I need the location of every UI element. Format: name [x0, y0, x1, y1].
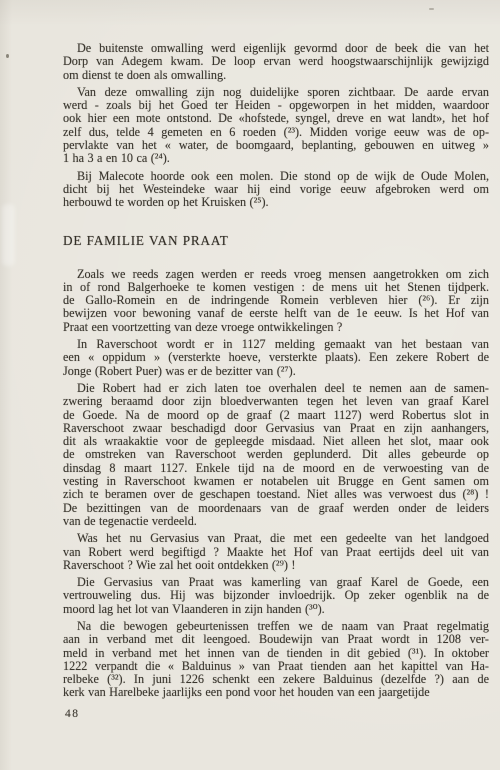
- scan-light-patch: [2, 204, 15, 266]
- text-line: relbeke (³²). In juni 1226 schenkt een z…: [63, 673, 489, 686]
- paragraph: Die Gervasius van Praat was kamerling va…: [63, 576, 489, 616]
- text-line: zich te beramen over de geschapen toesta…: [63, 488, 489, 501]
- text-line: kerk van Harelbeke jaarlijks een pond vo…: [63, 686, 489, 699]
- text-line: De bezittingen van de moordenaars van de…: [63, 502, 489, 515]
- text-line: dicht bij het Westeindeke waar hij eind …: [63, 183, 489, 196]
- text-line: herbouwd te worden op het Kruisken (²⁵).: [63, 196, 489, 209]
- text-line: Raverschoot ? Wie zal het ooit ontdekken…: [63, 559, 489, 572]
- paragraph: Bij Malecote hoorde ook een molen. Die s…: [63, 170, 489, 210]
- page-number: 48: [65, 708, 80, 720]
- text-line: Van deze omwalling zijn nog duidelijke s…: [63, 86, 489, 99]
- scan-speck: [429, 8, 434, 10]
- text-line: dinsdag 8 maart 1127. Enkele tijd na de …: [63, 462, 489, 475]
- paragraph: Na die bewogen gebeurtenissen treffen we…: [63, 620, 489, 700]
- text-line: vertrouweling dus. Hij was bijzonder inv…: [63, 589, 489, 602]
- text-line: de Gallo-Romein en de indringende Romein…: [63, 294, 489, 307]
- paragraph: Zoals we reeds zagen werden er reeds vro…: [63, 268, 489, 334]
- book-page-scan: De buitenste omwalling werd eigenlijk ge…: [0, 0, 500, 770]
- text-line: vesting in Raverschoot kwamen er notabel…: [63, 475, 489, 488]
- text-line: pervlakte van het « water, de boomgaard,…: [63, 139, 489, 152]
- text-line: aan in verband met dit leengoed. Boudewi…: [63, 633, 489, 646]
- text-line: Bij Malecote hoorde ook een molen. Die s…: [63, 170, 489, 183]
- text-line: Die Gervasius van Praat was kamerling va…: [63, 576, 489, 589]
- text-line: Die Robert had er zich laten toe overhal…: [63, 382, 489, 395]
- text-line: Praat een voortzetting van deze vroege o…: [63, 321, 489, 334]
- text-line: een « oppidum » (versterkte hoeve, verst…: [63, 351, 489, 364]
- text-line: moord lag het lot van Vlaanderen in zijn…: [63, 603, 489, 616]
- text-line: werd - zoals bij het Goed ter Heiden - o…: [63, 99, 489, 112]
- text-line: in of rond Balgerhoeke te komen vestigen…: [63, 281, 489, 294]
- text-line: Was het nu Gervasius van Praat, die met …: [63, 532, 489, 545]
- text-line: dit als wraakaktie voor de gepleegde mis…: [63, 435, 489, 448]
- text-line: In Raverschoot wordt er in 1127 melding …: [63, 338, 489, 351]
- section-heading: DE FAMILIE VAN PRAAT: [63, 234, 489, 248]
- text-line: zwering beraamd door zijn bloedverwanten…: [63, 395, 489, 408]
- text-line: de omstreken van Raverschoot werden gepl…: [63, 448, 489, 461]
- paragraph: In Raverschoot wordt er in 1127 melding …: [63, 338, 489, 378]
- section-omwalling-paragraphs: De buitenste omwalling werd eigenlijk ge…: [63, 42, 489, 210]
- text-line: Zoals we reeds zagen werden er reeds vro…: [63, 268, 489, 281]
- page-text-block: De buitenste omwalling werd eigenlijk ge…: [63, 42, 489, 700]
- section-familie-van-praat-paragraphs: Zoals we reeds zagen werden er reeds vro…: [63, 268, 489, 700]
- text-line: van de tegenactie verdeeld.: [63, 515, 489, 528]
- text-line: 1222 verpandt die « Balduinus » van Praa…: [63, 660, 489, 673]
- paragraph: De buitenste omwalling werd eigenlijk ge…: [63, 42, 489, 82]
- paragraph: Was het nu Gervasius van Praat, die met …: [63, 532, 489, 572]
- text-line: ook hier een mote ontstond. De «hofstede…: [63, 112, 489, 125]
- text-line: de Goede. Na de moord op de graaf (2 maa…: [63, 409, 489, 422]
- text-line: meld in verband met het innen van de tie…: [63, 647, 489, 660]
- text-line: Na die bewogen gebeurtenissen treffen we…: [63, 620, 489, 633]
- text-line: Dorp van Adegem kwam. De loop ervan werd…: [63, 55, 489, 68]
- text-line: 1 ha 3 a en 10 ca (²⁴).: [63, 152, 489, 165]
- text-line: Raverschoot zwaar beschadigd door Gervas…: [63, 422, 489, 435]
- text-line: De buitenste omwalling werd eigenlijk ge…: [63, 42, 489, 55]
- scan-speck: [6, 54, 9, 58]
- paragraph: Van deze omwalling zijn nog duidelijke s…: [63, 86, 489, 166]
- text-line: bewijzen voor bewoning vanaf de eerste h…: [63, 307, 489, 320]
- paragraph: Die Robert had er zich laten toe overhal…: [63, 382, 489, 528]
- text-line: zelf dus, telde 4 gemeten en 6 roeden (²…: [63, 126, 489, 139]
- text-line: Jonge (Robert Puer) was er de bezitter v…: [63, 365, 489, 378]
- text-line: om dienst te doen als omwalling.: [63, 69, 489, 82]
- text-line: van Robert werd begiftigd ? Maakte het H…: [63, 546, 489, 559]
